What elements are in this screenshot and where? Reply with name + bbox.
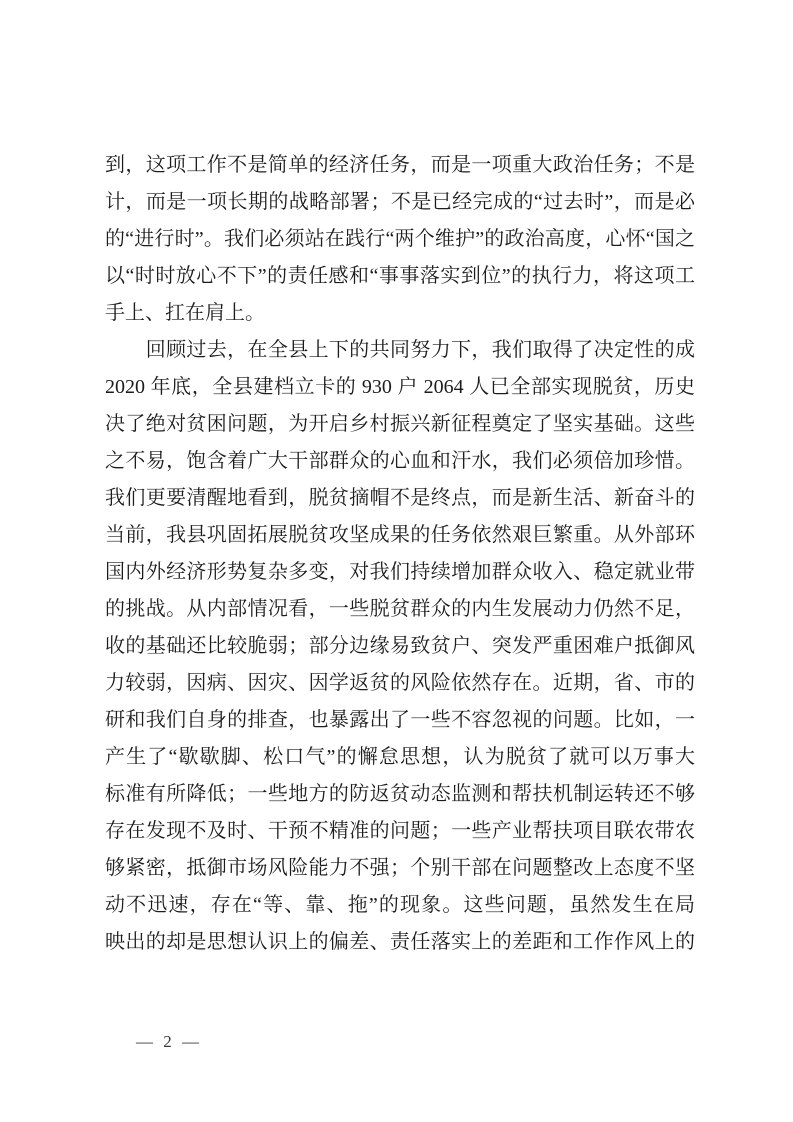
text-line: 映出的却是思想认识上的偏差、责任落实上的差距和工作作风上的不足。 (105, 924, 695, 961)
page-number: — 2 — (136, 1032, 202, 1051)
document-body: 到，这项工作不是简单的经济任务，而是一项重大政治任务；不是权宜之计，而是一项长期… (105, 147, 695, 961)
text-line: 我们更要清醒地看到，脱贫摘帽不是终点，而是新生活、新奋斗的起点。 (105, 480, 695, 517)
text-line: 计，而是一项长期的战略部署；不是已经完成的“过去时”，而是必须抓好 (105, 184, 695, 221)
text-line: 决了绝对贫困问题，为开启乡村振兴新征程奠定了坚实基础。这些成果来 (105, 406, 695, 443)
text-line: 国内外经济形势复杂多变，对我们持续增加群众收入、稳定就业带来了新 (105, 554, 695, 591)
page-footer: — 2 — (136, 1030, 202, 1054)
paragraph: 回顾过去，在全县上下的共同努力下，我们取得了决定性的成就。到2020 年底，全县… (105, 332, 695, 961)
text-line: 手上、扛在肩上。 (105, 295, 695, 332)
text-line: 存在发现不及时、干预不精准的问题；一些产业帮扶项目联农带农机制不 (105, 813, 695, 850)
text-line: 的挑战。从内部情况看，一些脱贫群众的内生发展动力仍然不足，稳定增 (105, 591, 695, 628)
text-line: 力较弱，因病、因灾、因学返贫的风险依然存在。近期，省、市的督导调 (105, 665, 695, 702)
text-line: 到，这项工作不是简单的经济任务，而是一项重大政治任务；不是权宜之 (105, 147, 695, 184)
text-line: 之不易，饱含着广大干部群众的心血和汗水，我们必须倍加珍惜。但同时， (105, 443, 695, 480)
text-line: 回顾过去，在全县上下的共同努力下，我们取得了决定性的成就。到 (105, 332, 695, 369)
text-line: 动不迅速，存在“等、靠、拖”的现象。这些问题，虽然发生在局部，但反 (105, 887, 695, 924)
text-line: 产生了“歇歇脚、松口气”的懈怠思想，认为脱贫了就可以万事大吉，工作 (105, 739, 695, 776)
text-line: 当前，我县巩固拓展脱贫攻坚成果的任务依然艰巨繁重。从外部环境看， (105, 517, 695, 554)
text-line: 以“时时放心不下”的责任感和“事事落实到位”的执行力，将这项工作抓在 (105, 258, 695, 295)
document-page: 到，这项工作不是简单的经济任务，而是一项重大政治任务；不是权宜之计，而是一项长期… (0, 0, 793, 1122)
text-line: 研和我们自身的排查，也暴露出了一些不容忽视的问题。比如，一些同志 (105, 702, 695, 739)
text-line: 够紧密，抵御市场风险能力不强；个别干部在问题整改上态度不坚决、行 (105, 850, 695, 887)
text-line: 标准有所降低；一些地方的防返贫动态监测和帮扶机制运转还不够灵敏， (105, 776, 695, 813)
paragraph: 到，这项工作不是简单的经济任务，而是一项重大政治任务；不是权宜之计，而是一项长期… (105, 147, 695, 332)
text-line: 2020 年底，全县建档立卡的 930 户 2064 人已全部实现脱贫，历史性地… (105, 369, 695, 406)
text-line: 的“进行时”。我们必须站在践行“两个维护”的政治高度，心怀“国之大者”， (105, 221, 695, 258)
text-line: 收的基础还比较脆弱；部分边缘易致贫户、突发严重困难户抵御风险的能 (105, 628, 695, 665)
